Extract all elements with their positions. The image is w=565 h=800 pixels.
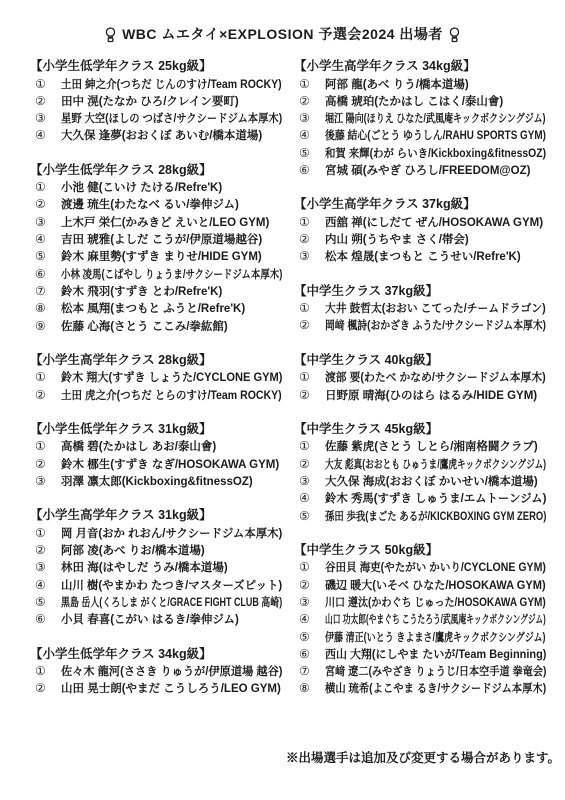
participant-name-club: 山田 晃士朗(やまだ こうしろう/LEO GYM) [61,681,281,698]
participant-row: ⑥宮城 碩(みやぎ ひろし/FREEDOM@OZ) [294,162,548,179]
weight-class-section: 【中学生クラス 50kg級】①谷田貝 海吏(やたがい かいり/CYCLONE G… [294,542,548,698]
participant-row: ③上木戸 栄仁(かみきど えいと/LEO GYM) [30,214,284,231]
participant-row: ①阿部 龍(あべ りう/橋本道場) [294,76,548,93]
page-title: WBC ムエタイ×EXPLOSION 予選会2024 出場者 [122,24,443,44]
entry-number: ⑥ [35,611,61,628]
participant-row: ⑤孫田 歩我(まごた あるが/KICKBOXING GYM ZERO) [294,508,548,525]
weight-class-header: 【小学生高学年クラス 37kg級】 [294,196,548,214]
participant-name-club: 山川 樹(やまかわ たつき/マスターズピット) [61,578,282,595]
participant-row: ③大久保 海成(おおくぼ かいせい/橋本道場) [294,473,548,490]
entry-number: ② [35,387,61,404]
participant-row: ④大久保 逢夢(おおくぼ あいむ/橋本道場) [30,127,284,144]
entry-number: ⑧ [299,680,325,697]
participant-name-club: 小林 凌馬(こばやし りょうま/サクシードジム本厚木) [61,267,282,284]
entry-number: ③ [35,473,61,490]
participant-row: ②阿部 凌(あべ りお/橋本道場) [30,542,284,559]
participant-row: ②岡﨑 楓詩(おかざき ふうた/サクシードジム本厚木) [294,317,548,334]
entry-number: ① [35,76,61,93]
participant-name-club: 吉田 琥雅(よしだ こうが/伊原道場越谷) [61,232,262,249]
weight-class-header: 【小学生低学年クラス 34kg級】 [30,646,284,664]
participant-name-club: 渡邊 琉生(わたなべ るい/拳伸ジム) [61,197,239,214]
entry-number: ⑤ [35,594,61,611]
participant-name-club: 小池 健(こいけ たける/Refre'K) [61,180,222,197]
participant-row: ②土田 虎之介(つちだ とらのすけ/Team ROCKY) [30,387,284,404]
weight-class-header: 【小学生高学年クラス 34kg級】 [294,58,548,76]
weight-class-header: 【小学生低学年クラス 31kg級】 [30,421,284,439]
participant-name-club: 高橋 碧(たかはし あお/泰山會) [61,439,216,456]
participant-name-club: 伊藤 清正(いとう きよまさ/鷹虎キックボクシングジム) [325,630,546,647]
entry-number: ⑦ [35,283,61,300]
participant-row: ①佐藤 紫虎(さとう しとら/湘南格闘クラブ) [294,438,548,455]
entry-number: ① [299,369,325,386]
participant-name-club: 大井 鼓哲太(おおい こてった/チームドラゴン) [325,301,546,318]
participant-row: ⑤伊藤 清正(いとう きよまさ/鷹虎キックボクシングジム) [294,629,548,646]
entry-number: ① [35,369,61,386]
participant-row: ②内山 朔(うちやま さく/帯会) [294,231,548,248]
participant-row: ④山川 樹(やまかわ たつき/マスターズピット) [30,577,284,594]
participant-name-club: 林田 海(はやしだ うみ/橋本道場) [61,560,228,577]
entry-number: ① [299,214,325,231]
participant-row: ②山田 晃士朗(やまだ こうしろう/LEO GYM) [30,680,284,697]
participant-row: ①西舘 禅(にしだて ぜん/HOSOKAWA GYM) [294,214,548,231]
participant-row: ①鈴木 翔大(すずき しょうた/CYCLONE GYM) [30,369,284,386]
footer-note: ※出場選手は追加及び変更する場合があります。 [286,748,560,766]
participant-row: ①谷田貝 海吏(やたがい かいり/CYCLONE GYM) [294,559,548,576]
weight-class-section: 【小学生低学年クラス 25kg級】①土田 紳之介(つちだ じんのすけ/Team … [30,58,284,145]
entry-number: ⑥ [299,162,325,179]
entry-number: ③ [299,110,325,127]
entry-number: ① [35,663,61,680]
participant-row: ①岡 月音(おか れおん/サクシードジム本厚木) [30,525,284,542]
participant-name-club: 佐々木 龍河(ささき りゅうが/伊原道場 越谷) [61,664,283,681]
entry-number: ② [35,680,61,697]
participant-name-club: 磯辺 暖大(いそべ ひなた/HOSOKAWA GYM) [325,578,546,595]
entry-number: ② [35,196,61,213]
entry-number: ② [35,93,61,110]
entry-number: ① [35,179,61,196]
weight-class-header: 【中学生クラス 45kg級】 [294,421,548,439]
participant-row: ④鈴木 秀馬(すずき しゅうま/エムトーンジム) [294,490,548,507]
participant-name-club: 田中 滉(たなか ひろ/クレイン要町) [61,94,239,111]
participant-name-club: 星野 大空(ほしの つばさ/サクシードジム本厚木) [61,111,282,128]
entry-number: ⑧ [35,300,61,317]
participant-row: ⑦宮﨑 遼二(みやざき りょうじ/日本空手道 拳竜会) [294,663,548,680]
participant-name-club: 谷田貝 海吏(やたがい かいり/CYCLONE GYM) [325,560,546,577]
boxing-glove-icon [447,25,462,44]
participant-row: ③川口 遵汰(かわぐち じゅった/HOSOKAWA GYM) [294,594,548,611]
right-column: 【小学生高学年クラス 34kg級】①阿部 龍(あべ りう/橋本道場)②高橋 琥珀… [294,58,548,715]
weight-class-section: 【中学生クラス 40kg級】①渡部 要(わたべ かなめ/サクシードジム本厚木)②… [294,352,548,404]
entry-number: ⑤ [35,248,61,265]
participant-name-club: 鈴木 秀馬(すずき しゅうま/エムトーンジム) [325,491,546,508]
participant-name-club: 羽澤 凛太郎(Kickboxing&fitnessOZ) [61,474,253,491]
participant-name-club: 鈴木 飛羽(すずき とわ/Refre'K) [61,284,222,301]
participant-row: ①大井 鼓哲太(おおい こてった/チームドラゴン) [294,300,548,317]
entry-number: ④ [35,231,61,248]
participant-name-club: 岡 月音(おか れおん/サクシードジム本厚木) [61,526,282,543]
entry-number: ① [299,76,325,93]
entry-number: ⑥ [299,646,325,663]
participant-row: ⑥西山 大翔(にしやま たいが/Team Beginning) [294,646,548,663]
weight-class-section: 【中学生クラス 45kg級】①佐藤 紫虎(さとう しとら/湘南格闘クラブ)②大友… [294,421,548,525]
participant-name-club: 小貝 春喜(こがい はるき/拳伸ジム) [61,612,239,629]
entry-number: ③ [35,214,61,231]
participant-name-club: 佐藤 紫虎(さとう しとら/湘南格闘クラブ) [325,439,538,456]
weight-class-section: 【小学生高学年クラス 34kg級】①阿部 龍(あべ りう/橋本道場)②高橋 琥珀… [294,58,548,179]
participant-name-club: 孫田 歩我(まごた あるが/KICKBOXING GYM ZERO) [325,509,546,526]
participant-name-club: 黒島 岳人(くろしま がくと/GRACE FIGHT CLUB 高崎) [61,595,282,612]
participant-name-club: 大久保 逢夢(おおくぼ あいむ/橋本道場) [61,128,262,145]
weight-class-section: 【中学生クラス 37kg級】①大井 鼓哲太(おおい こてった/チームドラゴン)②… [294,283,548,335]
participant-row: ①小池 健(こいけ たける/Refre'K) [30,179,284,196]
weight-class-header: 【小学生高学年クラス 28kg級】 [30,352,284,370]
weight-class-section: 【小学生低学年クラス 31kg級】①高橋 碧(たかはし あお/泰山會)②鈴木 梛… [30,421,284,490]
participant-name-club: 内山 朔(うちやま さく/帯会) [325,232,469,249]
entry-number: ① [35,525,61,542]
participant-row: ⑤和賀 来輝(わが らいき/Kickboxing&fitnessOZ) [294,145,548,162]
participant-name-club: 佐藤 心海(さとう ここみ/拳紘館) [61,319,228,336]
participant-row: ②日野原 晴海(ひのはら はるみ/HIDE GYM) [294,387,548,404]
entry-number: ③ [299,248,325,265]
entry-number: ③ [299,473,325,490]
participant-row: ⑤黒島 岳人(くろしま がくと/GRACE FIGHT CLUB 高崎) [30,594,284,611]
participant-row: ③林田 海(はやしだ うみ/橋本道場) [30,559,284,576]
participant-name-club: 上木戸 栄仁(かみきど えいと/LEO GYM) [61,215,269,232]
entry-number: ④ [299,127,325,144]
participant-row: ③羽澤 凛太郎(Kickboxing&fitnessOZ) [30,473,284,490]
participant-row: ①佐々木 龍河(ささき りゅうが/伊原道場 越谷) [30,663,284,680]
participant-name-club: 松本 煌晟(まつもと こうせい/Refre'K) [325,249,521,266]
participant-row: ④後藤 結心(ごとう ゆうしん/RAHU SPORTS GYM) [294,127,548,144]
entry-number: ⑤ [299,629,325,646]
columns-wrapper: 【小学生低学年クラス 25kg級】①土田 紳之介(つちだ じんのすけ/Team … [0,46,565,715]
participant-row: ③松本 煌晟(まつもと こうせい/Refre'K) [294,248,548,265]
entry-number: ① [299,300,325,317]
participant-name-club: 渡部 要(わたべ かなめ/サクシードジム本厚木) [325,370,546,387]
participant-name-club: 松本 風翔(まつもと ふうと/Refre'K) [61,301,245,318]
participant-row: ⑥小貝 春喜(こがい はるき/拳伸ジム) [30,611,284,628]
participant-row: ②大友 彪真(おおとも ひゅうま/鷹虎キックボクシングジム) [294,456,548,473]
weight-class-section: 【小学生高学年クラス 31kg級】①岡 月音(おか れおん/サクシードジム本厚木… [30,507,284,628]
entry-number: ① [299,559,325,576]
weight-class-header: 【小学生低学年クラス 28kg級】 [30,162,284,180]
left-column: 【小学生低学年クラス 25kg級】①土田 紳之介(つちだ じんのすけ/Team … [30,58,284,715]
entry-number: ⑨ [35,318,61,335]
entry-number: ④ [35,127,61,144]
entry-number: ① [299,438,325,455]
entry-number: ④ [35,577,61,594]
participant-name-club: 川口 遵汰(かわぐち じゅった/HOSOKAWA GYM) [325,595,546,612]
entry-number: ⑥ [35,266,61,283]
participant-row: ②田中 滉(たなか ひろ/クレイン要町) [30,93,284,110]
entry-number: ⑤ [299,508,325,525]
weight-class-header: 【中学生クラス 37kg級】 [294,283,548,301]
participant-name-club: 阿部 龍(あべ りう/橋本道場) [325,77,469,94]
participant-row: ①高橋 碧(たかはし あお/泰山會) [30,438,284,455]
weight-class-section: 【小学生高学年クラス 37kg級】①西舘 禅(にしだて ぜん/HOSOKAWA … [294,196,548,265]
participant-row: ③星野 大空(ほしの つばさ/サクシードジム本厚木) [30,110,284,127]
participant-name-club: 鈴木 翔大(すずき しょうた/CYCLONE GYM) [61,370,282,387]
weight-class-header: 【小学生低学年クラス 25kg級】 [30,58,284,76]
entry-number: ⑦ [299,663,325,680]
participant-list-page: WBC ムエタイ×EXPLOSION 予選会2024 出場者 【小学生低学年クラ… [0,0,565,800]
participant-row: ⑥小林 凌馬(こばやし りょうま/サクシードジム本厚木) [30,266,284,283]
participant-name-club: 横山 琉希(よこやま るき/サクシードジム本厚木) [325,681,546,698]
entry-number: ④ [299,611,325,628]
entry-number: ② [299,456,325,473]
entry-number: ② [299,387,325,404]
boxing-glove-icon [103,25,118,44]
participant-name-club: 鈴木 麻里勢(すずき まりせ/HIDE GYM) [61,249,262,266]
participant-name-club: 土田 紳之介(つちだ じんのすけ/Team ROCKY) [61,77,282,94]
entry-number: ② [299,577,325,594]
participant-name-club: 宮﨑 遼二(みやざき りょうじ/日本空手道 拳竜会) [325,664,546,681]
participant-row: ④山口 功太郎(やまぐち こうたろう/武風庵キックボクシングジム) [294,611,548,628]
weight-class-header: 【中学生クラス 40kg級】 [294,352,548,370]
participant-name-club: 阿部 凌(あべ りお/橋本道場) [61,543,205,560]
participant-name-club: 山口 功太郎(やまぐち こうたろう/武風庵キックボクシングジム) [325,612,546,629]
participant-row: ①土田 紳之介(つちだ じんのすけ/Team ROCKY) [30,76,284,93]
weight-class-section: 【小学生低学年クラス 34kg級】①佐々木 龍河(ささき りゅうが/伊原道場 越… [30,646,284,698]
entry-number: ③ [35,110,61,127]
participant-row: ⑧横山 琉希(よこやま るき/サクシードジム本厚木) [294,680,548,697]
weight-class-header: 【小学生高学年クラス 31kg級】 [30,507,284,525]
participant-row: ⑤鈴木 麻里勢(すずき まりせ/HIDE GYM) [30,248,284,265]
entry-number: ③ [299,594,325,611]
participant-name-club: 高橋 琥珀(たかはし こはく/泰山會) [325,94,503,111]
participant-row: ⑧松本 風翔(まつもと ふうと/Refre'K) [30,300,284,317]
participant-name-club: 岡﨑 楓詩(おかざき ふうた/サクシードジム本厚木) [325,318,546,335]
participant-row: ①渡部 要(わたべ かなめ/サクシードジム本厚木) [294,369,548,386]
participant-row: ②磯辺 暖大(いそべ ひなた/HOSOKAWA GYM) [294,577,548,594]
entry-number: ① [35,438,61,455]
participant-row: ②高橋 琥珀(たかはし こはく/泰山會) [294,93,548,110]
participant-row: ②鈴木 梛生(すずき なぎ/HOSOKAWA GYM) [30,456,284,473]
participant-row: ⑦鈴木 飛羽(すずき とわ/Refre'K) [30,283,284,300]
weight-class-header: 【中学生クラス 50kg級】 [294,542,548,560]
participant-row: ②渡邊 琉生(わたなべ るい/拳伸ジム) [30,196,284,213]
entry-number: ④ [299,490,325,507]
entry-number: ③ [35,559,61,576]
participant-name-club: 西山 大翔(にしやま たいが/Team Beginning) [325,647,546,664]
participant-row: ④吉田 琥雅(よしだ こうが/伊原道場越谷) [30,231,284,248]
participant-name-club: 大友 彪真(おおとも ひゅうま/鷹虎キックボクシングジム) [325,457,546,474]
participant-name-club: 堀江 陽向(ほりえ ひなた/武風庵キックボクシングジム) [325,111,546,128]
participant-name-club: 宮城 碩(みやぎ ひろし/FREEDOM@OZ) [325,163,530,180]
entry-number: ② [35,542,61,559]
participant-name-club: 日野原 晴海(ひのはら はるみ/HIDE GYM) [325,388,537,405]
participant-name-club: 後藤 結心(ごとう ゆうしん/RAHU SPORTS GYM) [325,128,546,145]
entry-number: ② [299,93,325,110]
participant-name-club: 土田 虎之介(つちだ とらのすけ/Team ROCKY) [61,388,282,405]
participant-row: ⑨佐藤 心海(さとう ここみ/拳紘館) [30,318,284,335]
participant-name-club: 西舘 禅(にしだて ぜん/HOSOKAWA GYM) [325,215,543,232]
participant-name-club: 和賀 来輝(わが らいき/Kickboxing&fitnessOZ) [325,146,546,163]
weight-class-section: 【小学生高学年クラス 28kg級】①鈴木 翔大(すずき しょうた/CYCLONE… [30,352,284,404]
participant-row: ③堀江 陽向(ほりえ ひなた/武風庵キックボクシングジム) [294,110,548,127]
page-header: WBC ムエタイ×EXPLOSION 予選会2024 出場者 [0,0,565,46]
entry-number: ② [35,456,61,473]
participant-name-club: 鈴木 梛生(すずき なぎ/HOSOKAWA GYM) [61,457,279,474]
entry-number: ⑤ [299,145,325,162]
entry-number: ② [299,317,325,334]
entry-number: ② [299,231,325,248]
weight-class-section: 【小学生低学年クラス 28kg級】①小池 健(こいけ たける/Refre'K)②… [30,162,284,335]
participant-name-club: 大久保 海成(おおくぼ かいせい/橋本道場) [325,474,538,491]
